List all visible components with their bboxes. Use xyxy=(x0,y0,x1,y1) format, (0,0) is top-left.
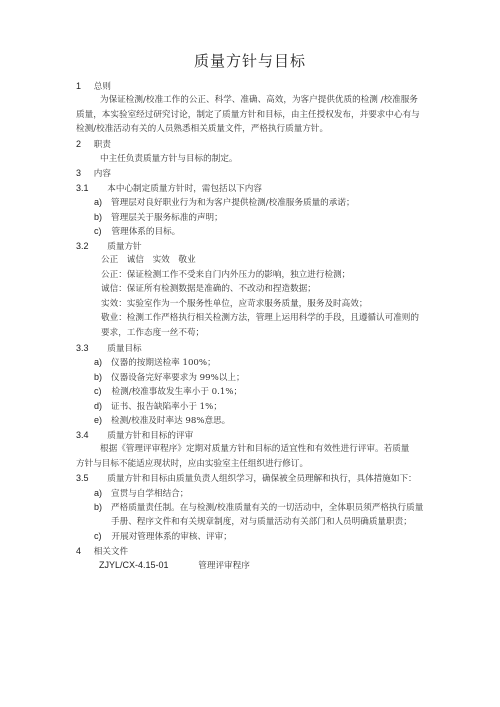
list-item: b)管理层关于服务标准的声明； xyxy=(94,212,223,224)
list-item: e)检测/校准及时率达 98%意思。 xyxy=(94,415,230,427)
section-3-4-heading: 3.4 质量方针和目标的评审 xyxy=(76,430,193,442)
reference-row: ZJYL/CX-4.15-01 管理评审程序 xyxy=(99,560,250,572)
policy-line: 诚信：保证所有检测数据是准确的、不改动和捏造数据； xyxy=(101,284,316,295)
document-page: 质量方针与目标 1 总则 为保证检测/校准工作的公正、科学、准确、高效，为客户提… xyxy=(0,0,500,707)
section-1-para-line: 检测/校准活动有关的人员熟悉相关质量文件，严格执行质量方针。 xyxy=(76,124,328,135)
section-3-1-heading: 3.1 本中心制定质量方针时，需包括以下内容 xyxy=(76,183,262,195)
list-item: a)仪器的按期送检率 100%； xyxy=(94,357,216,369)
section-3-4-para-line: 方针与目标不能适应现状时，应由实验室主任组织进行修订。 xyxy=(76,459,308,470)
policy-line: 实效：实验室作为一个服务性单位，应苛求服务质量，服务及时高效； xyxy=(101,299,367,310)
list-item: c)检测/校准事故发生率小于 0.1%； xyxy=(94,386,242,398)
section-3-heading: 3 内容 xyxy=(76,168,111,180)
policy-line: 要求，工作态度一丝不苟； xyxy=(101,328,204,339)
reference-name: 管理评审程序 xyxy=(198,561,250,571)
policy-line: 敬业：检测工作严格执行相关检测方法，管理上运用科学的手段，且遵循认可准则的 xyxy=(101,313,419,324)
section-3-5-heading: 3.5 质量方针和目标由质量负责人组织学习，确保被全员理解和执行，具体措施如下： xyxy=(76,473,417,485)
section-3-4-para-line: 根据《管理评审程序》定期对质量方针和目标的适宜性和有效性进行评审。若质量 xyxy=(100,444,409,455)
section-1-para-line: 为保证检测/校准工作的公正、科学、准确、高效，为客户提供优质的检测 /校准服务 xyxy=(100,95,418,106)
policy-line: 公正 诚信 实效 敬业 xyxy=(101,255,196,266)
section-3-2-heading: 3.2 质量方针 xyxy=(76,241,142,253)
list-item: a)管理层对良好职业行为和为客户提供检测/校准服务质量的承诺； xyxy=(94,197,355,209)
section-3-3-heading: 3.3 质量目标 xyxy=(76,343,142,355)
list-item: c)开展对管理体系的审核、评审； xyxy=(94,531,232,543)
page-title: 质量方针与目标 xyxy=(0,50,500,71)
reference-code: ZJYL/CX-4.15-01 xyxy=(99,560,169,570)
list-item-continuation: 手册、程序文件和有关规章制度，对与质量活动有关部门和人员明确质量职责； xyxy=(111,517,412,528)
section-4-heading: 4 相关文件 xyxy=(76,546,128,558)
section-2-para: 中主任负责质量方针与目标的制定。 xyxy=(100,154,238,165)
section-2-heading: 2 职责 xyxy=(76,139,111,151)
policy-line: 公正：保证检测工作不受来自门内外压力的影响，独立进行检测； xyxy=(101,270,350,281)
list-item: d)证书、报告缺陷率小于 1%； xyxy=(94,401,222,413)
section-1-heading: 1 总则 xyxy=(76,81,111,93)
list-item: b)仪器设备完好率要求为 99%以上； xyxy=(94,372,245,384)
section-1-para-line: 质量，本实验室经过研究讨论，制定了质量方针和目标，由主任授权发布，并要求中心有与 xyxy=(76,110,420,121)
list-item: b)严格质量责任制。在与检测/校准质量有关的一切活动中，全体职员须严格执行质量 xyxy=(94,502,423,514)
list-item: c)管理体系的目标。 xyxy=(94,226,180,238)
list-item: a)宣贯与自学相结合； xyxy=(94,488,188,500)
